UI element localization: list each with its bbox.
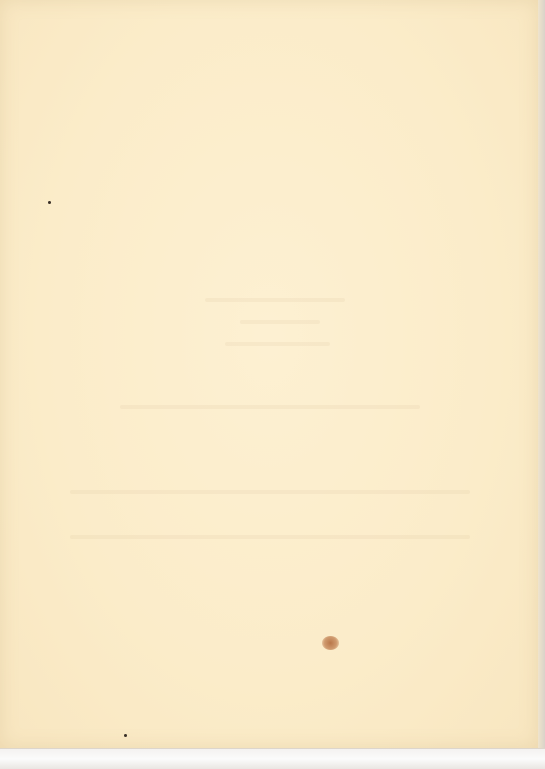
page-right-edge	[538, 0, 545, 748]
bleed-through-mark	[225, 342, 330, 346]
bleed-through-mark	[70, 490, 470, 494]
paper-speck	[124, 734, 127, 737]
blank-paper-page	[0, 0, 538, 748]
bleed-through-mark	[240, 320, 320, 324]
bleed-through-mark	[205, 298, 345, 302]
bleed-through-mark	[70, 535, 470, 539]
bleed-through-mark	[120, 405, 420, 409]
foxing-spot	[322, 636, 339, 650]
scan-bottom-strip	[0, 748, 545, 768]
paper-speck	[48, 201, 51, 204]
